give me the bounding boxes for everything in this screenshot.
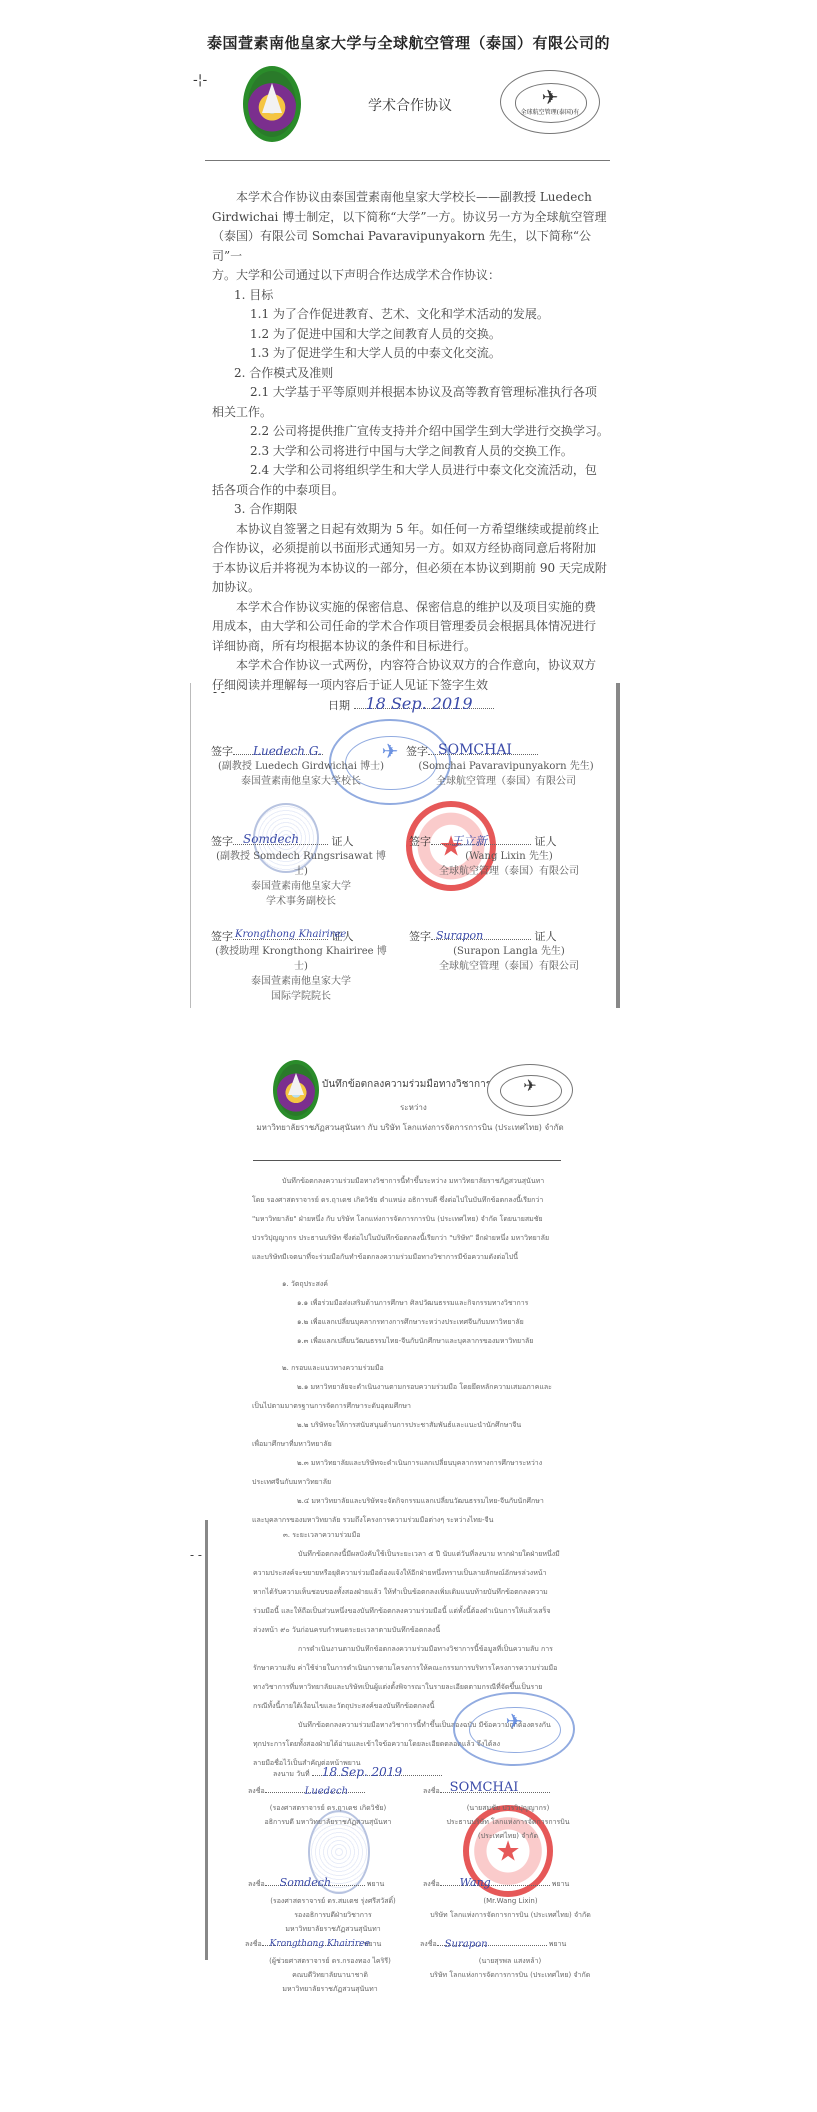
signer-block: 签字王立新 证人 (Wang Lixin 先生) 全球航空管理（泰国）有限公司 [409, 833, 609, 879]
signer-name: (Somchai Pavaravipunyakorn 先生) [406, 759, 606, 774]
header-divider-2 [253, 1160, 561, 1161]
intro-line: Girdwichai 博士制定，以下简称“大学”一方。协议另一方为全球航空管理 [212, 208, 612, 228]
signer-name: (教授助理 Krongthong Khairiree 博士) [211, 944, 391, 974]
signer-title: 泰国萱素南他皇家大学 [211, 879, 391, 894]
page2-body: บันทึกข้อตกลงความร่วมมือทางวิชาการนี้ทำข… [252, 1172, 572, 1530]
signer-title: 国际学院院长 [211, 989, 391, 1004]
signer-block: ลงชื่อWang พยาน (Mr.Wang Lixin) บริษัท โ… [423, 1875, 598, 1922]
crosshair-mark: -¦- [193, 72, 207, 88]
signer-name: (副教授 Luedech Girdwichai 博士) [211, 759, 391, 774]
page1-subtitle: 学术合作协议 [368, 95, 452, 115]
section-item: 括各项合作的中泰项目。 [212, 481, 612, 501]
page2-between: ระหว่าง [400, 1098, 427, 1117]
corner-mark: - - [213, 685, 225, 699]
university-seal-logo-2 [273, 1060, 319, 1120]
section-item: 1.3 为了促进学生和大学人员的中泰文化交流。 [212, 344, 612, 364]
signer-title: 学术事务副校长 [211, 894, 391, 909]
signer-block: ลงชื่อKrongthong Khairiree พยาน (ผู้ช่วย… [245, 1935, 415, 1996]
signature: Luedech G. [253, 744, 322, 758]
section-item: 加协议。 [212, 578, 612, 598]
page1-body: 本学术合作协议由泰国萱素南他皇家大学校长——副教授 Luedech Girdwi… [212, 188, 612, 695]
signer-name: (Wang Lixin 先生) [409, 849, 609, 864]
signature-page-scan-2: - - ๓. ระยะเวลาความร่วมมือ บันทึกข้อตกลง… [205, 1520, 603, 1960]
signature: Wang [460, 1873, 491, 1892]
signer-title: 全球航空管理（泰国）有限公司 [409, 959, 609, 974]
section-item: 相关工作。 [212, 403, 612, 423]
section-heading: 2. 合作模式及准则 [212, 364, 612, 384]
section-item: 2.1 大学基于平等原则并根据本协议及高等教育管理标准执行各项 [212, 383, 612, 403]
closing-line: 本学术合作协议一式两份，内容符合协议双方的合作意向，协议双方 [212, 656, 612, 676]
signer-title: 全球航空管理（泰国）有限公司 [406, 774, 606, 789]
confidentiality-line: 用成本，由大学和公司任命的学术合作项目管理委员会根据具体情况进行 [212, 617, 612, 637]
company-stamp-blue-2: ✈ [453, 1692, 575, 1766]
section-item: 2.3 大学和公司将进行中国与大学之间教育人员的交换工作。 [212, 442, 612, 462]
intro-line: 本学术合作协议由泰国萱素南他皇家大学校长——副教授 Luedech [212, 188, 612, 208]
airplane-icon: ✈ [523, 1076, 536, 1095]
date-value: 18 Sep. 2019 [366, 694, 473, 713]
signer-block: 签字Luedech G. (副教授 Luedech Girdwichai 博士)… [211, 743, 391, 789]
signer-block: ลงชื่อSurapon พยาน (นายสุรพล แสงหล้า) บร… [420, 1935, 600, 1982]
section-item: 2.2 公司将提供推广宣传支持并介绍中国学生到大学进行交换学习。 [212, 422, 612, 442]
date-label: 日期 [328, 699, 350, 712]
section-item: 2.4 大学和公司将组织学生和大学人员进行中泰文化交流活动，包 [212, 461, 612, 481]
signer-title: 泰国萱素南他皇家大学 [211, 974, 391, 989]
signature: SOMCHAI [450, 1778, 519, 1797]
signer-title: 泰国萱素南他皇家大学校长 [211, 774, 391, 789]
date-value: 18 Sep. 2019 [322, 1763, 402, 1782]
company-stamp-logo-2: ✈ [487, 1064, 573, 1116]
signature: Somdech [243, 832, 299, 846]
airplane-icon: ✈ [542, 85, 559, 109]
section-item: 于本协议后并将视为本协议的一部分，但必须在本协议到期前 90 天完成附 [212, 559, 612, 579]
section-heading: 3. 合作期限 [212, 500, 612, 520]
university-seal-logo [243, 66, 301, 142]
signer-block: 签字SOMCHAI (Somchai Pavaravipunyakorn 先生)… [406, 743, 606, 789]
confidentiality-line: 本学术合作协议实施的保密信息、保密信息的维护以及项目实施的费 [212, 598, 612, 618]
page1-title: 泰国萱素南他皇家大学与全球航空管理（泰国）有限公司的 [0, 32, 817, 53]
signer-block: 签字Somdech 证人 (副教授 Somdech Rungsrisawat 博… [211, 833, 391, 909]
page2-title: บันทึกข้อตกลงความร่วมมือทางวิชาการ [322, 1075, 491, 1094]
section-item: 1.1 为了合作促进教育、艺术、文化和学术活动的发展。 [212, 305, 612, 325]
signer-block: 签字Surapon 证人 (Surapon Langla 先生) 全球航空管理（… [409, 928, 609, 974]
signature: Surapon [445, 1935, 488, 1954]
section-item: 1.2 为了促进中国和大学之间教育人员的交换。 [212, 325, 612, 345]
corner-mark: - - [190, 1548, 202, 1562]
section-heading: ๓. ระยะเวลาความร่วมมือ [253, 1526, 583, 1545]
signature: 王立新 [451, 832, 487, 849]
signer-block: ลงชื่อLuedech (รองศาสตราจารย์ ดร.ฤาเดช เ… [248, 1782, 408, 1829]
page2-parties: มหาวิทยาลัยราชภัฏสวนสุนันทา กับ บริษัท โ… [240, 1118, 580, 1137]
signer-name: (Surapon Langla 先生) [409, 944, 609, 959]
signer-block: ลงชื่อSomdech พยาน (รองศาสตราจารย์ ดร.สม… [248, 1875, 418, 1936]
section-heading: ๑. วัตถุประสงค์ [252, 1275, 572, 1294]
signer-block: 签字Krongthong Khairiree 证人 (教授助理 Krongtho… [211, 928, 391, 1004]
signer-block: ลงชื่อSOMCHAI (นายสมชัย ปวรวิปุญญากร) ปร… [423, 1782, 593, 1843]
intro-line: 方。大学和公司通过以下声明合作达成学术合作协议： [212, 266, 612, 286]
company-stamp-logo: ✈ 全球航空管理(泰国)有限公司 [500, 70, 600, 134]
header-divider [205, 160, 610, 161]
section-heading: ๒. กรอบและแนวทางความร่วมมือ [252, 1359, 572, 1378]
signer-name: (副教授 Somdech Rungsrisawat 博士) [211, 849, 391, 879]
intro-line: （泰国）有限公司 Somchai Pavaravipunyakorn 先生，以下… [212, 227, 612, 266]
date-line: 日期 18 Sep. 2019 [328, 697, 494, 713]
signature: Luedech [305, 1782, 348, 1801]
section-item: 合作协议，必须提前以书面形式通知另一方。如双方经协商同意后将附加 [212, 539, 612, 559]
signature: Surapon [436, 929, 483, 942]
confidentiality-line: 详细协商，所有均根据本协议的条件和目标进行。 [212, 637, 612, 657]
signature: Krongthong Khairiree [270, 1935, 370, 1954]
section-heading: 1. 目标 [212, 286, 612, 306]
signature: Krongthong Khairiree [235, 929, 346, 940]
signer-title: 全球航空管理（泰国）有限公司 [409, 864, 609, 879]
section-item: 本协议自签署之日起有效期为 5 年。如任何一方希望继续或提前终止 [212, 520, 612, 540]
signature: SOMCHAI [438, 742, 512, 758]
signature-page-scan-1: - - 日期 18 Sep. 2019 ✈ 签字Luedech G. (副教授 … [190, 683, 620, 1008]
signature: Somdech [280, 1873, 331, 1892]
